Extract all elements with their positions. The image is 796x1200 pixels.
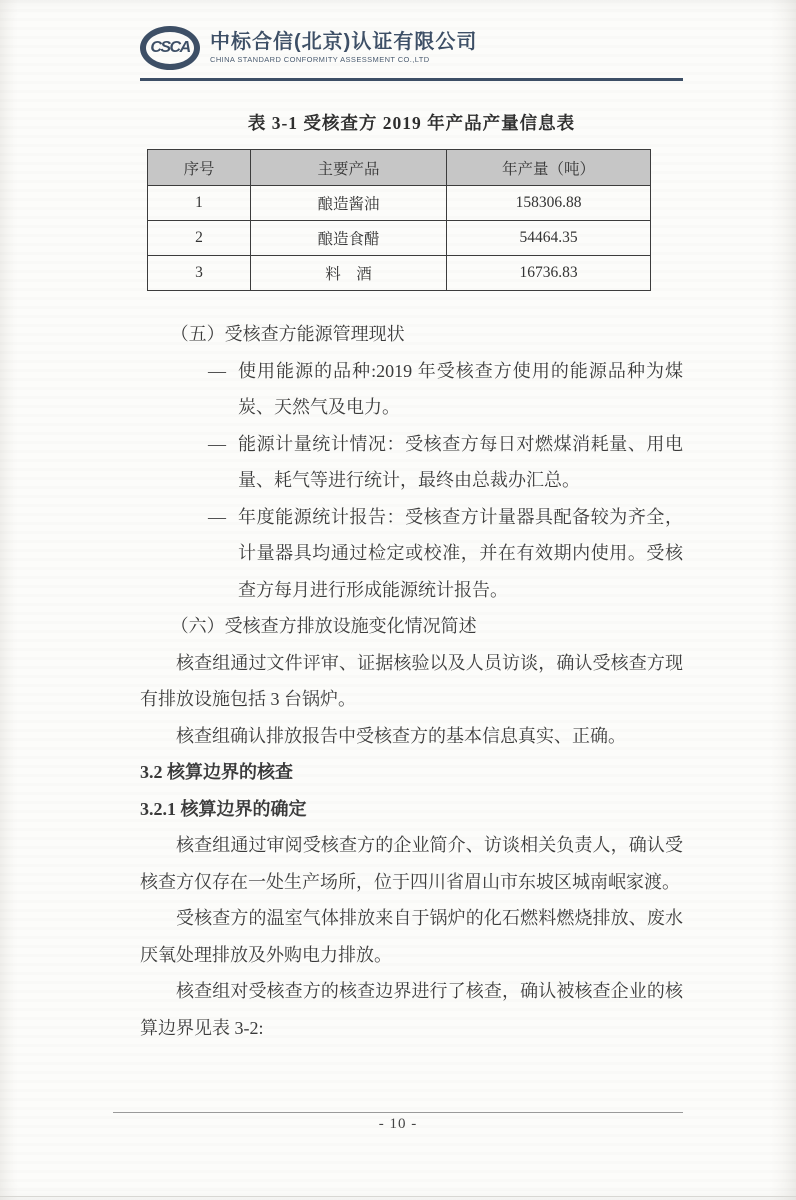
cell-product: 酿造食醋 bbox=[251, 221, 447, 256]
footer-rule bbox=[113, 1112, 683, 1113]
col-header-product: 主要产品 bbox=[251, 150, 447, 186]
csca-logo-icon: CSCA bbox=[140, 26, 200, 70]
paragraph: 核查组通过审阅受核查方的企业简介、访谈相关负责人，确认受核查方仅存在一处生产场所… bbox=[140, 827, 683, 900]
company-name-block: 中标合信(北京)认证有限公司 CHINA STANDARD CONFORMITY… bbox=[210, 31, 477, 64]
cell-product: 酿造酱油 bbox=[251, 186, 447, 221]
table-title: 表 3-1 受核查方 2019 年产品产量信息表 bbox=[140, 110, 683, 135]
cell-product: 料 酒 bbox=[251, 256, 447, 291]
bullet-item: — 年度能源统计报告：受核查方计量器具配备较为齐全，计量器具均通过检定或校准，并… bbox=[208, 499, 683, 609]
cell-index: 1 bbox=[148, 186, 251, 221]
page-number: - 10 - bbox=[0, 1116, 796, 1133]
paragraph: 核查组对受核查方的核查边界进行了核查，确认被核查企业的核算边界见表 3-2: bbox=[140, 973, 683, 1046]
section-6-heading: （六）受核查方排放设施变化情况简述 bbox=[140, 608, 683, 645]
company-name-zh: 中标合信(北京)认证有限公司 bbox=[210, 31, 477, 53]
cell-output: 16736.83 bbox=[447, 256, 651, 291]
bullet-text: 使用能源的品种:2019 年受核查方使用的能源品种为煤炭、天然气及电力。 bbox=[238, 353, 683, 426]
cell-output: 54464.35 bbox=[447, 221, 651, 256]
logo-acronym: CSCA bbox=[150, 39, 189, 57]
scan-bottom-edge bbox=[0, 1196, 796, 1197]
paragraph: 核查组通过文件评审、证据核验以及人员访谈，确认受核查方现有排放设施包括 3 台锅… bbox=[140, 645, 683, 718]
product-output-table: 序号 主要产品 年产量（吨） 1 酿造酱油 158306.88 2 酿造食醋 5… bbox=[147, 149, 651, 291]
table-row: 2 酿造食醋 54464.35 bbox=[148, 221, 651, 256]
table-row: 1 酿造酱油 158306.88 bbox=[148, 186, 651, 221]
paragraph: 核查组确认排放报告中受核查方的基本信息真实、正确。 bbox=[140, 718, 683, 755]
header-rule bbox=[140, 78, 683, 81]
bullet-item: — 使用能源的品种:2019 年受核查方使用的能源品种为煤炭、天然气及电力。 bbox=[208, 353, 683, 426]
bullet-dash: — bbox=[208, 426, 238, 499]
bullet-item: — 能源计量统计情况：受核查方每日对燃煤消耗量、用电量、耗气等进行统计，最终由总… bbox=[208, 426, 683, 499]
bullet-text: 能源计量统计情况：受核查方每日对燃煤消耗量、用电量、耗气等进行统计，最终由总裁办… bbox=[238, 426, 683, 499]
cell-output: 158306.88 bbox=[447, 186, 651, 221]
document-body: （五）受核查方能源管理现状 — 使用能源的品种:2019 年受核查方使用的能源品… bbox=[140, 316, 683, 1046]
cell-index: 2 bbox=[148, 221, 251, 256]
heading-3-2-1: 3.2.1 核算边界的确定 bbox=[140, 791, 683, 828]
company-name-en: CHINA STANDARD CONFORMITY ASSESSMENT CO.… bbox=[210, 56, 477, 64]
bullet-dash: — bbox=[208, 499, 238, 609]
section-5-heading: （五）受核查方能源管理现状 bbox=[140, 316, 683, 353]
col-header-index: 序号 bbox=[148, 150, 251, 186]
letterhead: CSCA 中标合信(北京)认证有限公司 CHINA STANDARD CONFO… bbox=[140, 26, 477, 70]
bullet-dash: — bbox=[208, 353, 238, 426]
bullet-text: 年度能源统计报告：受核查方计量器具配备较为齐全，计量器具均通过检定或校准，并在有… bbox=[238, 499, 683, 609]
table-row: 3 料 酒 16736.83 bbox=[148, 256, 651, 291]
paragraph: 受核查方的温室气体排放来自于锅炉的化石燃料燃烧排放、废水厌氧处理排放及外购电力排… bbox=[140, 900, 683, 973]
table-header-row: 序号 主要产品 年产量（吨） bbox=[148, 150, 651, 186]
cell-index: 3 bbox=[148, 256, 251, 291]
heading-3-2: 3.2 核算边界的核查 bbox=[140, 754, 683, 791]
col-header-output: 年产量（吨） bbox=[447, 150, 651, 186]
